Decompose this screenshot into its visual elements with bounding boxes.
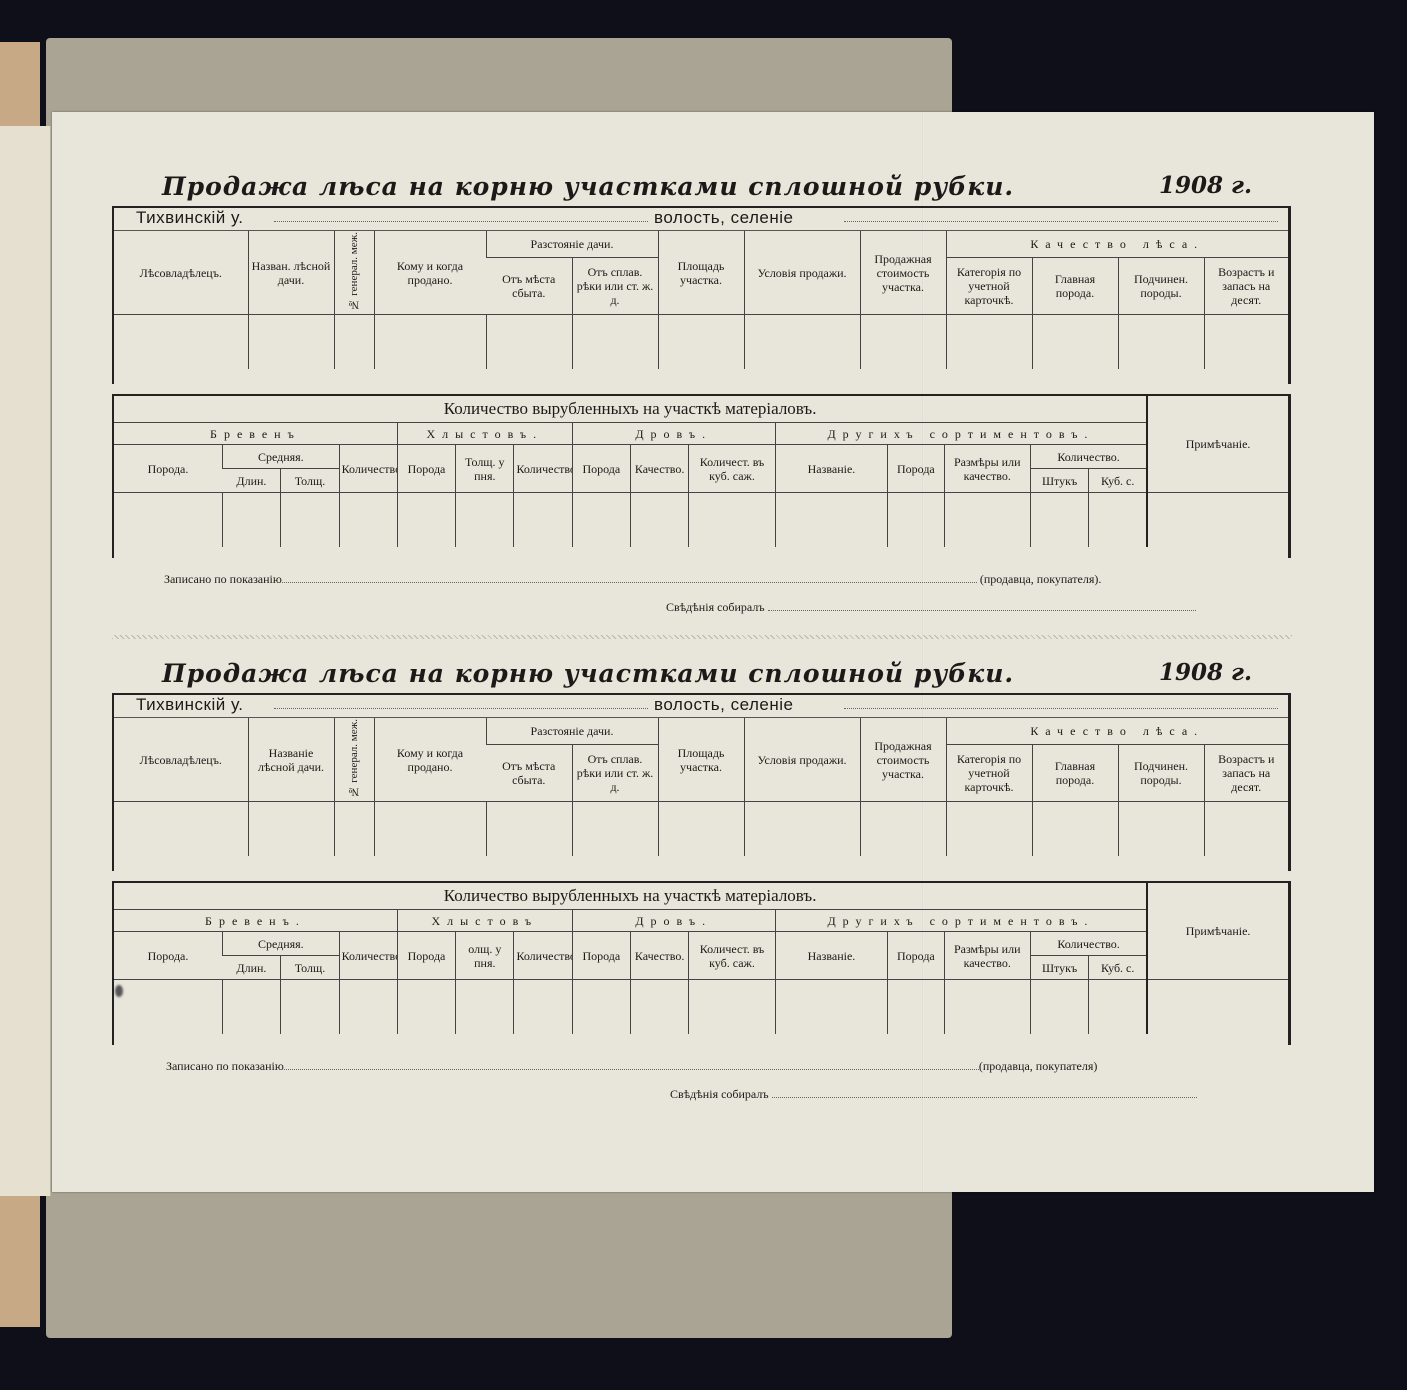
cell-other-species[interactable] xyxy=(888,493,944,548)
materials-title: Количество вырубленныхъ на участкѣ матер… xyxy=(114,396,1147,423)
form-divider xyxy=(112,635,1292,639)
collected-line: Свѣдѣнія собиралъ xyxy=(666,600,1196,615)
collected-fill-line[interactable] xyxy=(772,1097,1197,1098)
sale-grid: Лѣсовладѣлецъ. Названіе лѣсной дачи. № г… xyxy=(114,718,1288,856)
header-dacha-name: Назван. лѣсной дачи. xyxy=(248,231,334,315)
cell-firewood-species[interactable] xyxy=(572,493,630,548)
header-other-species: Порода xyxy=(888,932,944,980)
cell-firewood-quality[interactable] xyxy=(631,493,689,548)
form-title: Продажа лѣса на корню участками сплошной… xyxy=(162,172,1014,201)
sale-entry-row xyxy=(114,315,1288,370)
cell-age[interactable] xyxy=(1204,315,1288,370)
cell-sub-species[interactable] xyxy=(1118,315,1204,370)
header-category: Категорія по учетной карточкѣ. xyxy=(946,258,1032,315)
cell-firewood-species[interactable] xyxy=(572,980,630,1035)
header-firewood-species: Порода xyxy=(572,932,630,980)
header-conditions: Условія продажи. xyxy=(744,718,860,802)
sale-entry-row xyxy=(114,802,1288,857)
ink-smudge xyxy=(115,985,123,997)
header-other-group: Другихъ сортиментовъ. xyxy=(775,423,1147,445)
cell-main-species[interactable] xyxy=(1032,802,1118,857)
volost-label: волость, селеніе xyxy=(654,208,793,228)
cell-poles-species[interactable] xyxy=(397,493,455,548)
cell-other-name[interactable] xyxy=(775,980,888,1035)
recorded-fill-line[interactable] xyxy=(282,582,977,583)
recorded-label: Записано по показанію xyxy=(164,572,282,586)
header-logs-group: Бревенъ xyxy=(114,423,397,445)
header-distance-group: Разстояніе дачи. xyxy=(486,231,658,258)
cell-owner[interactable] xyxy=(114,802,248,857)
collected-label: Свѣдѣнія собиралъ xyxy=(666,600,765,614)
header-logs-species: Порода. xyxy=(114,445,223,493)
header-distance-river: Отъ сплав. рѣки или ст. ж. д. xyxy=(572,745,658,802)
header-area: Площадь участка. xyxy=(658,231,744,315)
cell-firewood-amount[interactable] xyxy=(689,980,775,1035)
cell-poles-thickness[interactable] xyxy=(456,493,514,548)
cell-poles-species[interactable] xyxy=(397,980,455,1035)
header-firewood-quality: Качество. xyxy=(631,445,689,493)
header-sold-to: Кому и когда продано. xyxy=(374,718,486,802)
header-category: Категорія по учетной карточкѣ. xyxy=(946,745,1032,802)
header-logs-group: Бревенъ. xyxy=(114,910,397,932)
header-logs-count: Количество. xyxy=(339,932,397,980)
cell-conditions[interactable] xyxy=(744,315,860,370)
header-main-species: Главная порода. xyxy=(1032,258,1118,315)
materials-table: Количество вырубленныхъ на участкѣ матер… xyxy=(112,394,1291,558)
cell-distance-market[interactable] xyxy=(486,315,572,370)
form-year: 1908 г. xyxy=(1159,172,1252,199)
header-poles-species: Порода xyxy=(397,932,455,980)
cell-logs-species[interactable] xyxy=(114,493,223,548)
header-other-group: Другихъ сортиментовъ. xyxy=(775,910,1147,932)
cell-poles-count[interactable] xyxy=(514,980,572,1035)
header-poles-species: Порода xyxy=(397,445,455,493)
header-firewood-group: Дровъ. xyxy=(572,423,775,445)
cell-other-size[interactable] xyxy=(944,980,1030,1035)
header-survey-no: № генерал. меж. xyxy=(334,231,374,315)
header-logs-length: Длин. xyxy=(223,956,281,980)
cell-survey-no[interactable] xyxy=(334,802,374,857)
recorded-line: Записано по показанію (продавца, покупат… xyxy=(164,572,1101,587)
cell-firewood-quality[interactable] xyxy=(631,980,689,1035)
sale-table: Тихвинскій у. волость, селеніе Лѣсовладѣ… xyxy=(112,693,1291,871)
header-poles-group: Хлыстовъ. xyxy=(397,423,572,445)
header-age: Возрастъ и запасъ на десят. xyxy=(1204,258,1288,315)
form-sheet: Продажа лѣса на корню участками сплошной… xyxy=(52,112,1374,1192)
header-price: Продажная стоимость участка. xyxy=(860,231,946,315)
header-distance-river: Отъ сплав. рѣки или ст. ж. д. xyxy=(572,258,658,315)
header-quality-group: Качество лѣса. xyxy=(946,231,1288,258)
header-firewood-amount: Количест. въ куб. саж. xyxy=(689,932,775,980)
cell-area[interactable] xyxy=(658,802,744,857)
district-label: Тихвинскій у. xyxy=(136,695,244,715)
header-sub-species: Подчинен. породы. xyxy=(1118,258,1204,315)
cell-conditions[interactable] xyxy=(744,802,860,857)
header-logs-length: Длин. xyxy=(223,469,281,493)
header-poles-thickness: Толщ. у пня. xyxy=(456,445,514,493)
cell-logs-thickness[interactable] xyxy=(281,493,339,548)
district-fill-line[interactable] xyxy=(274,221,648,222)
cell-remarks[interactable] xyxy=(1147,980,1288,1035)
cell-other-species[interactable] xyxy=(888,980,944,1035)
cell-logs-count[interactable] xyxy=(339,980,397,1035)
recorded-label: Записано по показанію xyxy=(166,1059,284,1073)
materials-grid: Количество вырубленныхъ на участкѣ матер… xyxy=(114,883,1288,1034)
cell-other-cubic[interactable] xyxy=(1089,493,1147,548)
header-distance-market: Отъ мѣста сбыта. xyxy=(486,258,572,315)
collected-line: Свѣдѣнія собиралъ xyxy=(670,1087,1197,1102)
materials-entry-row xyxy=(114,493,1288,548)
header-remarks: Примѣчаніе. xyxy=(1147,883,1288,980)
header-poles-group: Хлыстовъ xyxy=(397,910,572,932)
recorded-suffix: (продавца, покупателя) xyxy=(979,1059,1098,1073)
cell-poles-thickness[interactable] xyxy=(456,980,514,1035)
recorded-line: Записано по показанію(продавца, покупате… xyxy=(166,1059,1097,1074)
left-page xyxy=(0,126,51,1196)
cell-other-pieces[interactable] xyxy=(1030,980,1088,1035)
cell-logs-length[interactable] xyxy=(223,493,281,548)
header-firewood-species: Порода xyxy=(572,445,630,493)
cell-logs-length[interactable] xyxy=(223,980,281,1035)
header-logs-average: Средняя. xyxy=(223,932,340,956)
header-age: Возрастъ и запасъ на десят. xyxy=(1204,745,1288,802)
header-other-qty: Количество. xyxy=(1030,445,1147,469)
volost-fill-line[interactable] xyxy=(844,708,1278,709)
location-row: Тихвинскій у. волость, селеніе xyxy=(114,208,1288,231)
header-owner: Лѣсовладѣлецъ. xyxy=(114,718,248,802)
header-survey-no: № генерал. меж. xyxy=(334,718,374,802)
header-other-name: Названіе. xyxy=(775,445,888,493)
cell-logs-count[interactable] xyxy=(339,493,397,548)
materials-entry-row xyxy=(114,980,1288,1035)
cell-distance-market[interactable] xyxy=(486,802,572,857)
cell-other-size[interactable] xyxy=(944,493,1030,548)
cell-firewood-amount[interactable] xyxy=(689,493,775,548)
header-dacha-name: Названіе лѣсной дачи. xyxy=(248,718,334,802)
header-sold-to: Кому и когда продано. xyxy=(374,231,486,315)
header-distance-market: Отъ мѣста сбыта. xyxy=(486,745,572,802)
cell-logs-species[interactable] xyxy=(114,980,223,1035)
materials-grid: Количество вырубленныхъ на участкѣ матер… xyxy=(114,396,1288,547)
header-other-pieces: Штукъ xyxy=(1030,469,1088,493)
cell-category[interactable] xyxy=(946,802,1032,857)
header-poles-count: Количество. xyxy=(514,932,572,980)
header-other-qty: Количество. xyxy=(1030,932,1147,956)
district-fill-line[interactable] xyxy=(274,708,648,709)
district-label: Тихвинскій у. xyxy=(136,208,244,228)
header-distance-group: Разстояніе дачи. xyxy=(486,718,658,745)
header-logs-thickness: Толщ. xyxy=(281,469,339,493)
header-firewood-amount: Количест. въ куб. саж. xyxy=(689,445,775,493)
cell-dacha-name[interactable] xyxy=(248,315,334,370)
cell-owner[interactable] xyxy=(114,315,248,370)
materials-title: Количество вырубленныхъ на участкѣ матер… xyxy=(114,883,1147,910)
recorded-fill-line[interactable] xyxy=(284,1069,979,1070)
sale-table: Тихвинскій у. волость, селеніе Лѣсовладѣ… xyxy=(112,206,1291,384)
cell-sold-to[interactable] xyxy=(374,802,486,857)
recorded-suffix: (продавца, покупателя). xyxy=(980,572,1102,586)
materials-table: Количество вырубленныхъ на участкѣ матер… xyxy=(112,881,1291,1045)
form-title: Продажа лѣса на корню участками сплошной… xyxy=(162,659,1014,688)
header-quality-group: Качество лѣса. xyxy=(946,718,1288,745)
cell-area[interactable] xyxy=(658,315,744,370)
cell-sold-to[interactable] xyxy=(374,315,486,370)
header-logs-count: Количество. xyxy=(339,445,397,493)
cell-price[interactable] xyxy=(860,802,946,857)
header-logs-average: Средняя. xyxy=(223,445,340,469)
header-main-species: Главная порода. xyxy=(1032,745,1118,802)
header-other-pieces: Штукъ xyxy=(1030,956,1088,980)
header-price: Продажная стоимость участка. xyxy=(860,718,946,802)
header-remarks: Примѣчаніе. xyxy=(1147,396,1288,493)
header-sub-species: Подчинен. породы. xyxy=(1118,745,1204,802)
cell-sub-species[interactable] xyxy=(1118,802,1204,857)
location-row: Тихвинскій у. волость, селеніе xyxy=(114,695,1288,718)
header-other-size: Размѣры или качество. xyxy=(944,445,1030,493)
header-logs-thickness: Толщ. xyxy=(281,956,339,980)
header-other-cubic: Куб. с. xyxy=(1089,956,1147,980)
header-owner: Лѣсовладѣлецъ. xyxy=(114,231,248,315)
cell-price[interactable] xyxy=(860,315,946,370)
cell-distance-river[interactable] xyxy=(572,315,658,370)
header-other-species: Порода xyxy=(888,445,944,493)
form-year: 1908 г. xyxy=(1159,659,1252,686)
volost-fill-line[interactable] xyxy=(844,221,1278,222)
cell-logs-thickness[interactable] xyxy=(281,980,339,1035)
cell-poles-count[interactable] xyxy=(514,493,572,548)
cell-remarks[interactable] xyxy=(1147,493,1288,548)
header-poles-thickness: олщ. у пня. xyxy=(456,932,514,980)
header-firewood-group: Дровъ. xyxy=(572,910,775,932)
header-firewood-quality: Качество. xyxy=(631,932,689,980)
cell-other-pieces[interactable] xyxy=(1030,493,1088,548)
cell-survey-no[interactable] xyxy=(334,315,374,370)
header-other-name: Названіе. xyxy=(775,932,888,980)
volost-label: волость, селеніе xyxy=(654,695,793,715)
header-other-cubic: Куб. с. xyxy=(1089,469,1147,493)
header-conditions: Условія продажи. xyxy=(744,231,860,315)
collected-fill-line[interactable] xyxy=(768,610,1196,611)
sale-grid: Лѣсовладѣлецъ. Назван. лѣсной дачи. № ге… xyxy=(114,231,1288,369)
cell-age[interactable] xyxy=(1204,802,1288,857)
header-poles-count: Количество. xyxy=(514,445,572,493)
cell-dacha-name[interactable] xyxy=(248,802,334,857)
cell-other-name[interactable] xyxy=(775,493,888,548)
header-other-size: Размѣры или качество. xyxy=(944,932,1030,980)
cell-main-species[interactable] xyxy=(1032,315,1118,370)
cell-other-cubic[interactable] xyxy=(1089,980,1147,1035)
cell-distance-river[interactable] xyxy=(572,802,658,857)
cell-category[interactable] xyxy=(946,315,1032,370)
header-logs-species: Порода. xyxy=(114,932,223,980)
collected-label: Свѣдѣнія собиралъ xyxy=(670,1087,769,1101)
header-area: Площадь участка. xyxy=(658,718,744,802)
